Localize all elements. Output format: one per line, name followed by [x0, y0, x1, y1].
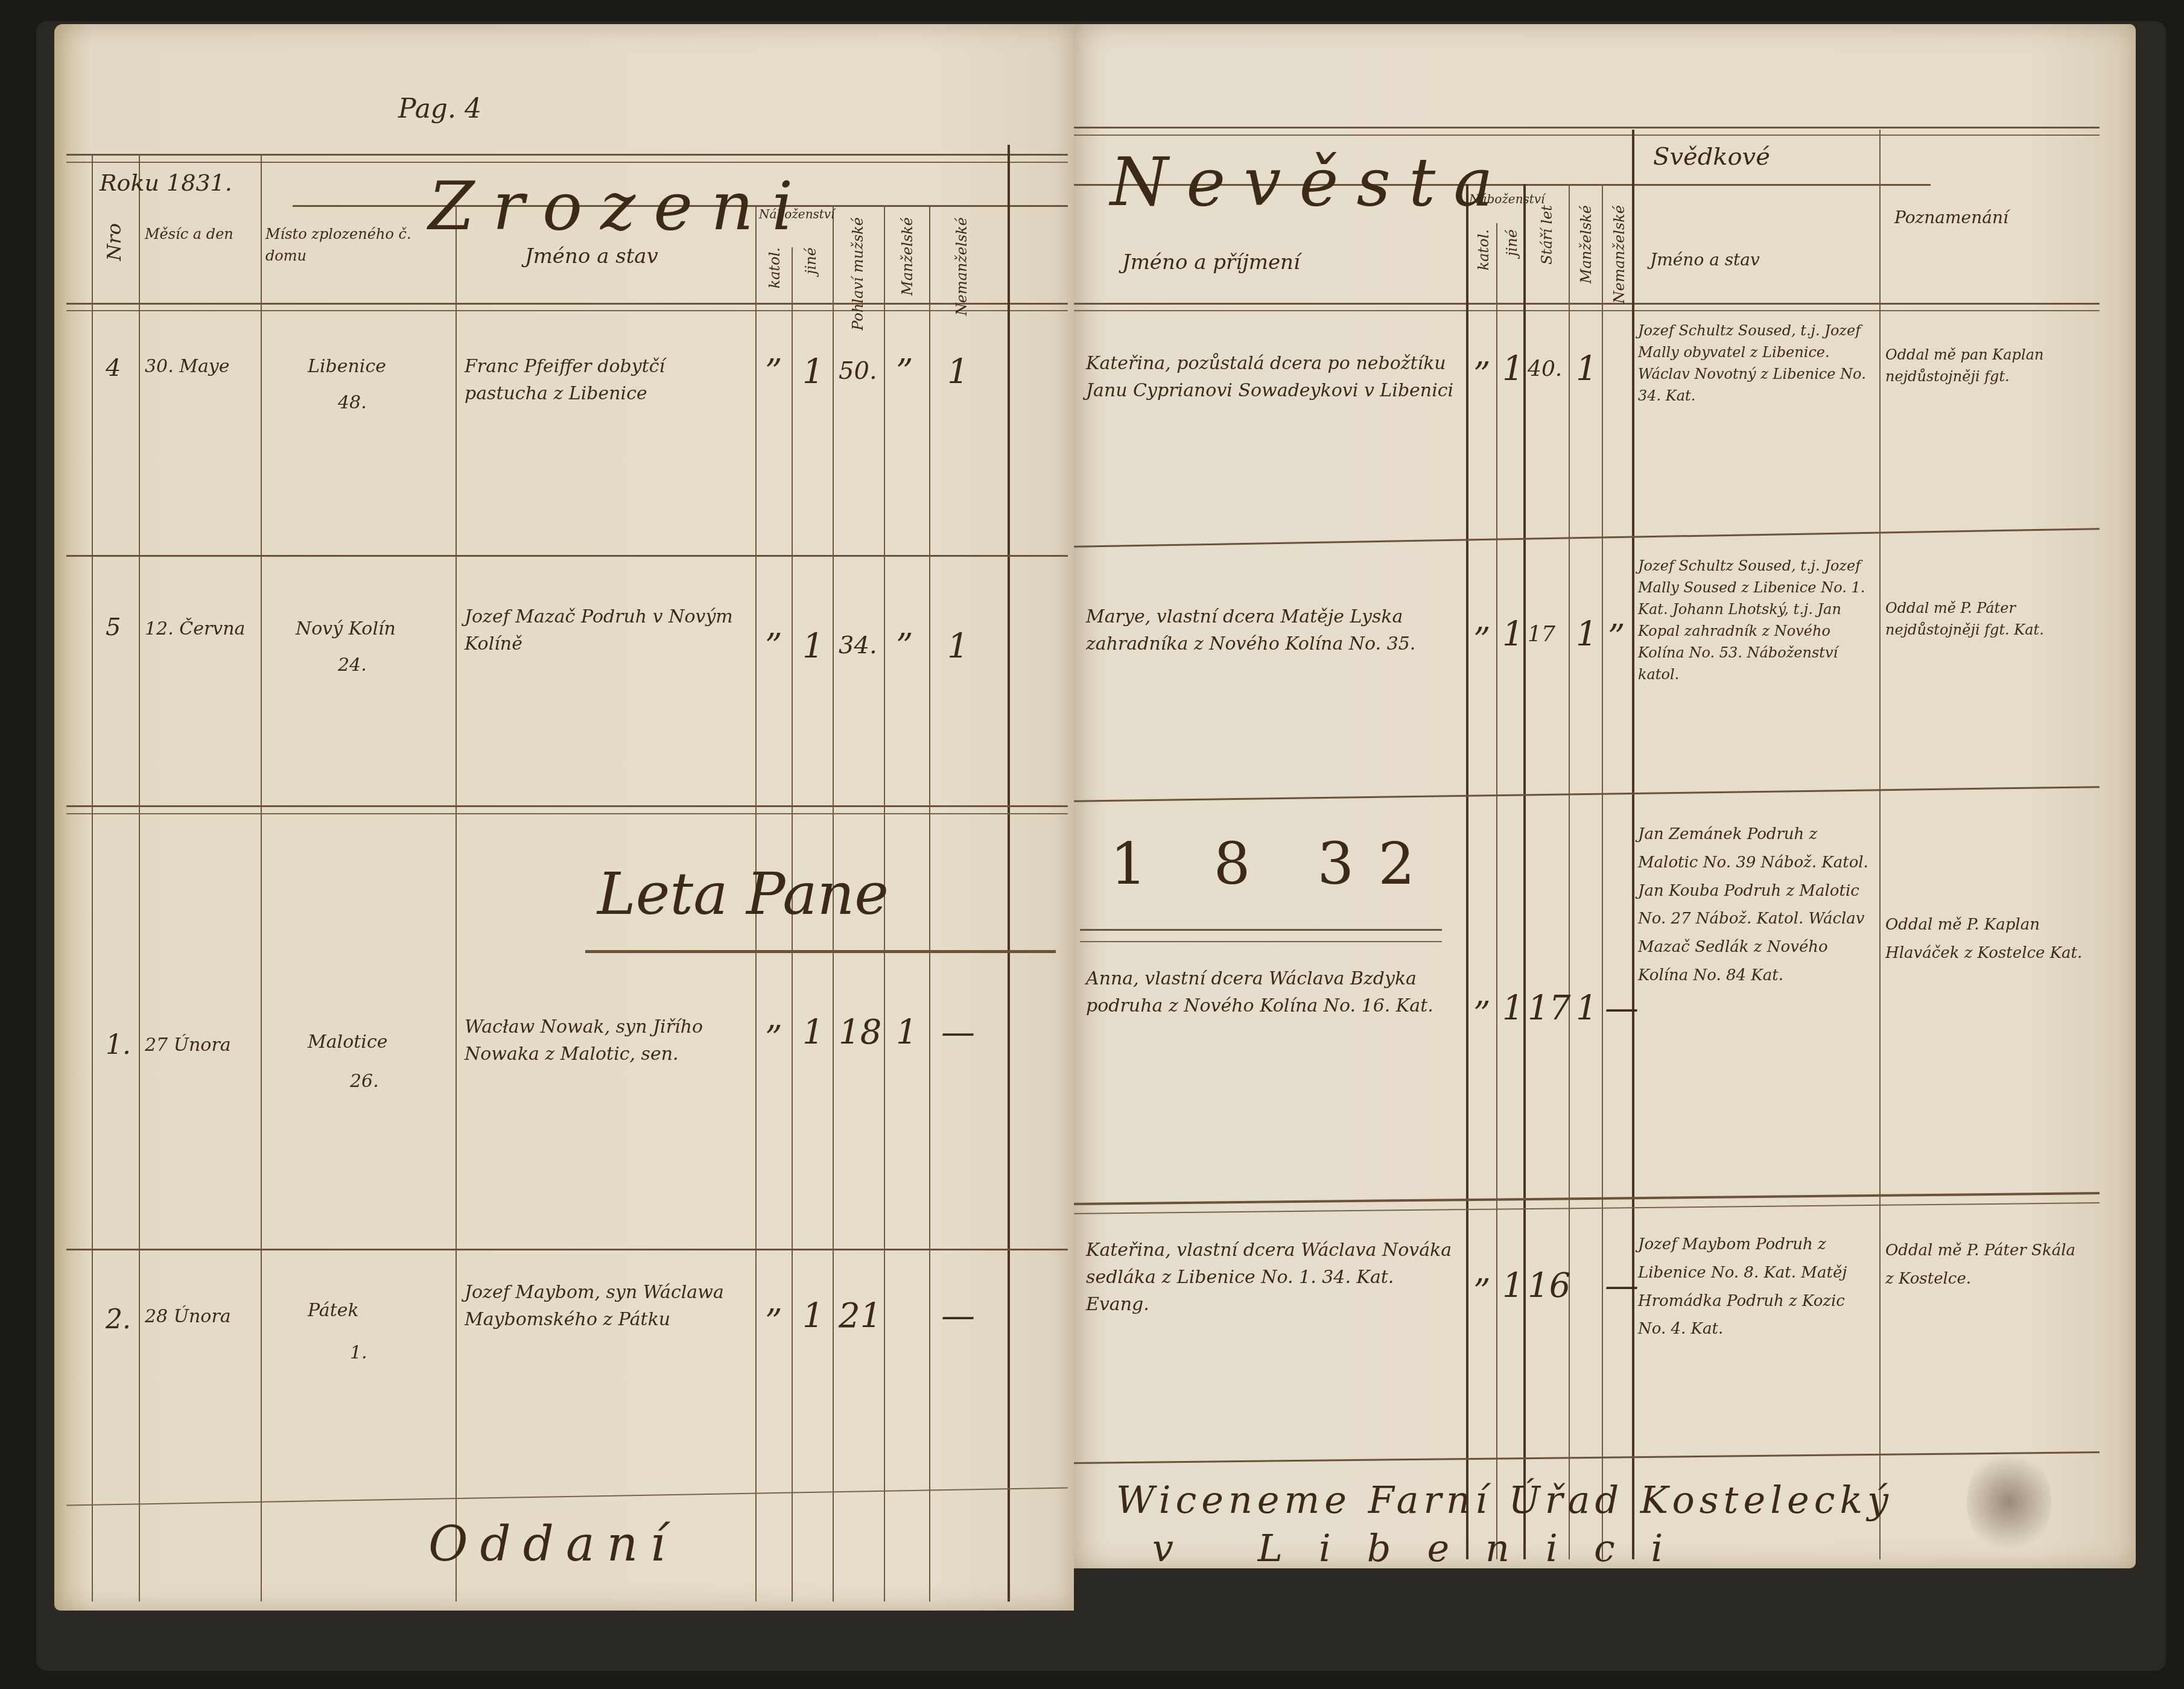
entry-name: Franc Pfeiffer dobytčí pastucha z Libeni…	[465, 353, 748, 407]
col-line	[139, 154, 140, 1602]
entry-number: 5	[106, 609, 121, 645]
entry-age: 50.	[839, 353, 877, 389]
left-page: Pag. 4 Roku 1831. Zrozeni Nro Měsíc a de…	[54, 24, 1074, 1611]
entry-other: 1	[802, 1291, 824, 1342]
entry-illegit: —	[1605, 1261, 1639, 1311]
entry-legit: 1	[1576, 983, 1598, 1034]
underline	[585, 950, 1056, 953]
header-rule-bottom2	[66, 310, 1068, 311]
footer-line2: v Libenici	[1152, 1520, 1699, 1576]
entry-number: 1.	[106, 1025, 131, 1065]
entry-name: Jozef Mazač Podruh v Novým Kolíně	[465, 603, 748, 658]
entry-date: 28 Února	[145, 1303, 231, 1330]
entry-witnesses: Jozef Maybom Podruh z Libenice No. 8. Ka…	[1638, 1231, 1876, 1343]
col-header-legit: Manželské	[899, 217, 916, 296]
entry-place: Libenice	[308, 353, 386, 380]
entry-age: 40.	[1528, 353, 1562, 385]
row-rule	[66, 555, 1068, 557]
col-line	[929, 205, 930, 1602]
entry-house: 26.	[350, 1068, 379, 1095]
col-line	[1496, 223, 1497, 1559]
col-header-number: Nro	[103, 223, 125, 261]
row-rule	[66, 1249, 1068, 1250]
header-rule-bottom2	[1074, 310, 2100, 311]
entry-date: 12. Června	[145, 615, 245, 642]
footer-oddani: Oddaní	[428, 1508, 678, 1580]
col-header-name: Jméno a stav	[525, 241, 658, 272]
col-header-bride-name: Jméno a příjmení	[1122, 247, 1300, 278]
col-header-religion: Náboženství	[1469, 190, 1545, 208]
entry-other: 1	[1502, 983, 1524, 1034]
year-header: Roku 1831.	[100, 166, 232, 200]
entry-illegit: ”	[1608, 612, 1625, 663]
entry-cath: ”	[1473, 1267, 1491, 1317]
col-header-cath: katol.	[766, 247, 783, 288]
entry-cath: ”	[765, 621, 782, 672]
entry-legit: 1	[1576, 609, 1598, 660]
section-header-witnesses: Svědkové	[1653, 139, 1770, 175]
entry-other: 1	[1502, 344, 1524, 395]
col-line	[261, 154, 262, 1602]
entry-other: 1	[802, 621, 824, 672]
entry-legit: ”	[896, 621, 913, 672]
page-label: Pag. 4	[398, 93, 481, 124]
entry-name: Wacław Nowak, syn Jiřího Nowaka z Maloti…	[465, 1013, 748, 1068]
col-line	[1008, 145, 1010, 1602]
entry-cath: ”	[1473, 989, 1491, 1040]
entry-place: Nový Kolín	[296, 615, 396, 642]
col-header-legit: Manželské	[1578, 205, 1595, 284]
right-page: Nevěsta Svědkové Jméno a příjmení Nábože…	[1074, 24, 2136, 1568]
row-rule	[66, 813, 1068, 814]
entry-cath: ”	[1473, 350, 1491, 401]
entry-witnesses: Jan Zemánek Podruh z Malotic No. 39 Nábo…	[1638, 820, 1876, 990]
entry-legit: 1	[896, 1007, 918, 1058]
col-line	[1879, 130, 1881, 1559]
entry-legit: 1	[1576, 344, 1598, 395]
year-section-label: Leta Pane	[597, 851, 889, 937]
entry-other: 1	[802, 347, 824, 398]
col-line	[1602, 184, 1603, 1559]
entry-cath: ”	[765, 347, 782, 398]
entry-witnesses: Jozef Schultz Soused, t.j. Jozef Mally o…	[1638, 320, 1876, 407]
entry-house: 1.	[350, 1339, 367, 1366]
entry-cath: ”	[765, 1013, 782, 1064]
entry-witnesses: Jozef Schultz Soused, t.j. Jozef Mally S…	[1638, 555, 1876, 685]
entry-number: 4	[106, 350, 121, 386]
entry-bride: Kateřina, vlastní dcera Wáclava Nováka s…	[1086, 1237, 1460, 1318]
col-header-illegit: Nemanželské	[1611, 205, 1628, 303]
entry-illegit: —	[941, 1007, 975, 1058]
row-rule	[1074, 1202, 2100, 1214]
entry-place: Pátek	[308, 1297, 359, 1324]
entry-age: 34.	[839, 627, 877, 664]
col-header-illegit: Nemanželské	[953, 217, 970, 315]
header-rule-top	[66, 154, 1068, 156]
col-header-births: Pohlaví mužské	[849, 217, 866, 331]
entry-illegit: —	[1605, 983, 1639, 1034]
row-rule	[1080, 941, 1442, 942]
entry-bride: Marye, vlastní dcera Matěje Lyska zahrad…	[1086, 603, 1460, 658]
entry-other: 1	[802, 1007, 824, 1058]
col-header-other: jiné	[802, 247, 819, 274]
col-header-age: Stáří let	[1538, 205, 1555, 265]
header-rule-bottom	[66, 303, 1068, 305]
entry-notes: Oddal mě pan Kaplan nejdůstojněji fgt.	[1885, 344, 2084, 387]
row-rule	[1074, 786, 2100, 802]
entry-house: 48.	[338, 389, 367, 416]
col-line	[1466, 184, 1468, 1559]
row-rule	[1074, 1451, 2100, 1464]
entry-other: 1	[1502, 609, 1524, 660]
row-rule	[66, 805, 1068, 807]
entry-place: Malotice	[308, 1028, 387, 1056]
section-header-bride: Nevěsta	[1110, 133, 1511, 232]
row-rule	[1080, 929, 1442, 931]
entry-notes: Oddal mě P. Páter Skála z Kostelce.	[1885, 1237, 2084, 1293]
col-header-cath: katol.	[1475, 229, 1492, 270]
entry-bride: Anna, vlastní dcera Wáclava Bzdyka podru…	[1086, 965, 1460, 1019]
entry-cath: ”	[1473, 615, 1491, 666]
col-header-notes: Poznamenání	[1894, 205, 2008, 230]
entry-age: 16	[1528, 1261, 1570, 1311]
entry-notes: Oddal mě P. Páter nejdůstojněji fgt. Kat…	[1885, 597, 2084, 641]
year-section-1832: 1 8 32	[1110, 820, 1439, 907]
entry-number: 2.	[106, 1300, 131, 1340]
entry-legit: ”	[896, 347, 913, 398]
header-rule-bottom	[1074, 303, 2100, 305]
col-line	[1569, 184, 1570, 1559]
entry-illegit: 1	[947, 621, 969, 672]
col-line	[456, 205, 457, 1602]
col-header-house: Místo zplozeného č. domu	[265, 223, 452, 267]
entry-illegit: —	[941, 1291, 975, 1342]
entry-other: 1	[1502, 1261, 1524, 1311]
entry-date: 30. Maye	[145, 353, 230, 380]
col-header-witness-name: Jméno a stav	[1650, 247, 1760, 273]
entry-age: 17	[1528, 618, 1555, 651]
ink-stain	[1967, 1448, 2051, 1556]
entry-house: 24.	[338, 651, 367, 679]
row-rule	[1074, 1192, 2100, 1205]
entry-illegit: 1	[947, 347, 969, 398]
col-header-date: Měsíc a den	[145, 223, 256, 245]
col-line	[1632, 130, 1634, 1559]
row-rule	[66, 1488, 1068, 1506]
entry-age: 17	[1528, 983, 1570, 1034]
row-rule	[1074, 528, 2100, 548]
col-header-other: jiné	[1503, 229, 1520, 256]
entry-age: 21	[839, 1291, 881, 1342]
entry-age: 18	[839, 1007, 881, 1058]
entry-date: 27 Února	[145, 1031, 231, 1059]
entry-notes: Oddal mě P. Kaplan Hlaváček z Kostelce K…	[1885, 911, 2084, 968]
col-header-religion: Náboženství	[759, 205, 835, 223]
entry-name: Jozef Maybom, syn Wáclawa Maybomského z …	[465, 1279, 748, 1333]
header-rule-top	[1074, 127, 2100, 128]
col-line	[92, 154, 93, 1602]
entry-cath: ”	[765, 1297, 782, 1348]
entry-bride: Kateřina, pozůstalá dcera po nebožtíku J…	[1086, 350, 1460, 404]
